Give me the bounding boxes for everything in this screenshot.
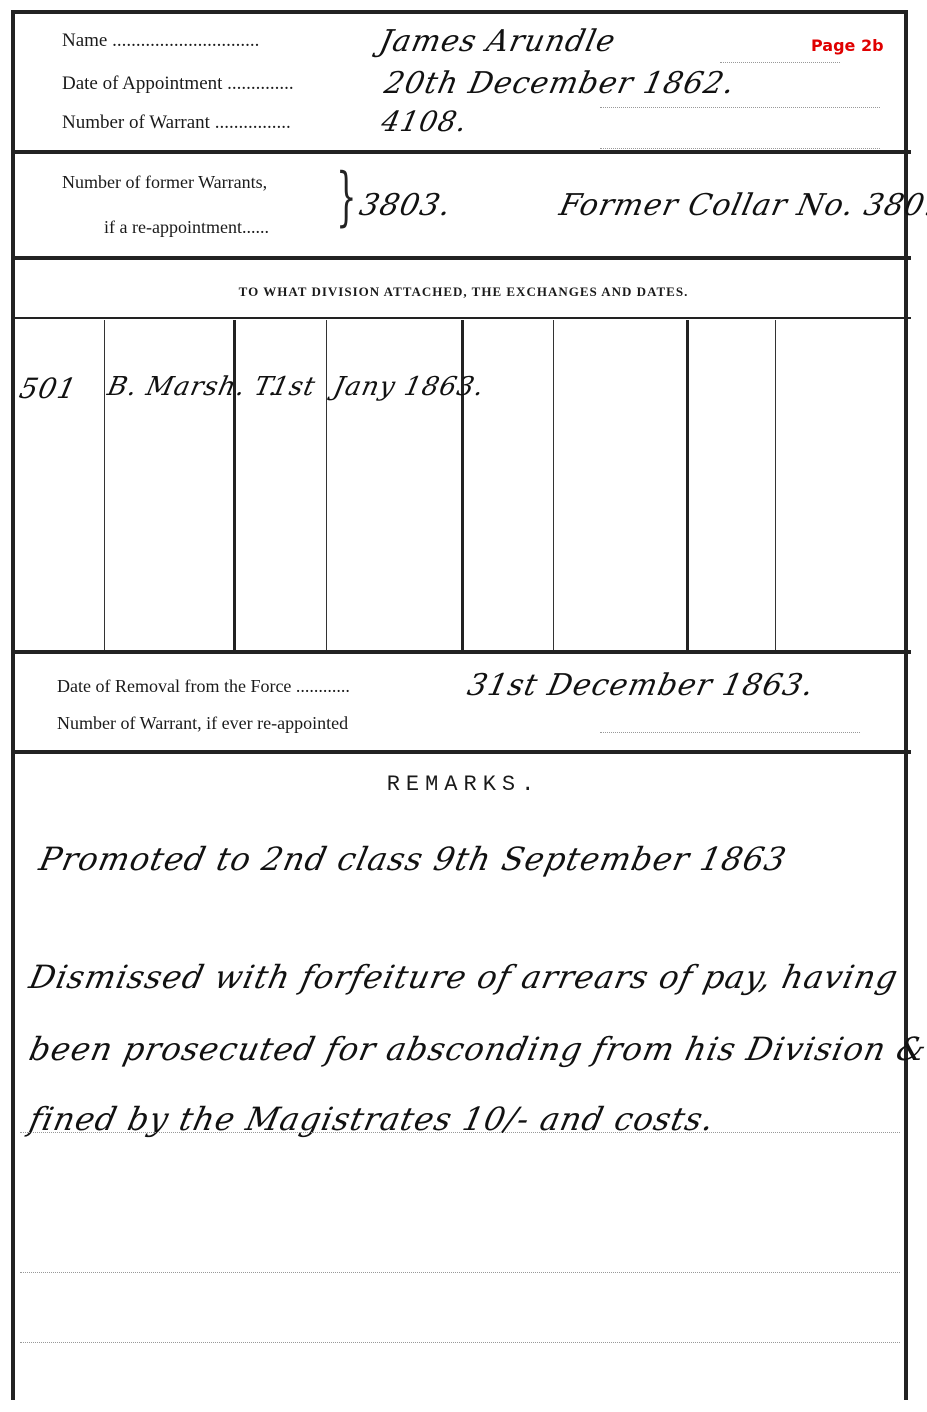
remarks-heading: REMARKS.: [0, 772, 927, 797]
dotted-line: [720, 62, 840, 63]
divider: [11, 150, 911, 154]
reappointed-label: Number of Warrant, if ever re-appointed: [57, 713, 348, 734]
division-date: Jany 1863.: [331, 372, 487, 402]
warrant-value: 4108.: [378, 105, 470, 138]
remark-line: Dismissed with forfeiture of arrears of …: [26, 958, 902, 996]
dotted-line: [600, 732, 860, 733]
division-day: 1st: [269, 372, 319, 402]
divider: [11, 650, 911, 654]
former-warrant-value: 3803.: [356, 188, 454, 223]
former-collar-note: Former Collar No. 380.: [556, 188, 927, 223]
dotted-line: [20, 1272, 900, 1273]
remark-line: Promoted to 2nd class 9th September 1863: [36, 840, 790, 878]
dotted-line: [20, 1132, 900, 1133]
page-label: Page 2b: [811, 36, 884, 55]
column-divider: [553, 320, 554, 650]
dotted-line: [20, 1342, 900, 1343]
column-divider: [233, 320, 236, 650]
column-divider: [326, 320, 327, 650]
column-divider: [104, 320, 105, 650]
warrant-label: Number of Warrant ................: [62, 112, 291, 134]
dotted-line: [600, 107, 880, 108]
divider: [11, 750, 911, 754]
dotted-line: [600, 148, 880, 149]
removal-value: 31st December 1863.: [464, 668, 817, 703]
former-warrants-label: Number of former Warrants,: [62, 172, 267, 193]
divider: [11, 317, 911, 319]
divider: [11, 256, 911, 260]
division-name: B. Marsh. T.: [105, 372, 282, 402]
appointment-label: Date of Appointment ..............: [62, 73, 294, 95]
column-divider: [686, 320, 689, 650]
brace-icon: }: [336, 160, 356, 234]
division-number: 501: [16, 372, 79, 405]
appointment-value: 20th December 1862.: [381, 66, 738, 101]
division-heading: TO WHAT DIVISION ATTACHED, THE EXCHANGES…: [0, 284, 927, 300]
column-divider: [775, 320, 776, 650]
removal-label: Date of Removal from the Force .........…: [57, 676, 350, 697]
column-divider: [461, 320, 464, 650]
reappointment-label: if a re-appointment......: [104, 217, 269, 238]
remark-line: been prosecuted for absconding from his …: [26, 1030, 927, 1068]
name-label: Name ...............................: [62, 30, 259, 52]
name-value: James Arundle: [376, 24, 619, 59]
